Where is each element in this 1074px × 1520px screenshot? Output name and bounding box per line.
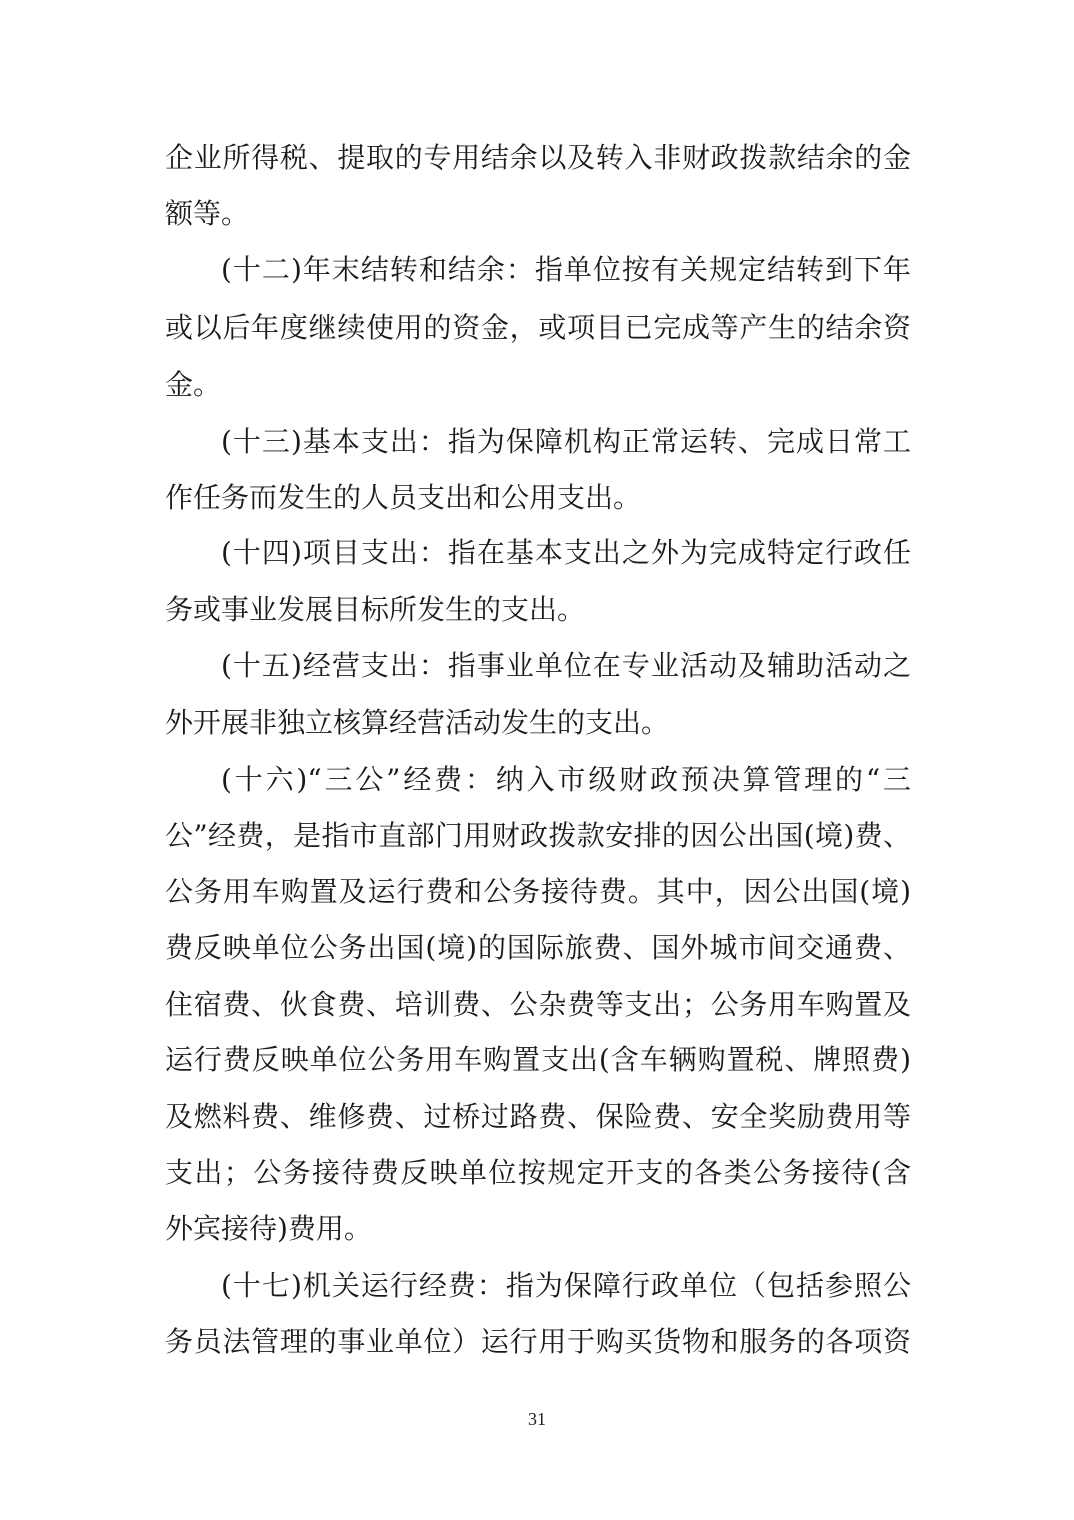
text-line: 金。: [165, 365, 911, 405]
text-line: 住宿费、伙食费、培训费、公杂费等支出；公务用车购置及: [165, 985, 911, 1025]
text-line: (十六)“三公”经费：纳入市级财政预决算管理的“三: [221, 760, 911, 800]
document-page: 企业所得税、提取的专用结余以及转入非财政拨款结余的金额等。(十二)年末结转和结余…: [0, 0, 1074, 1520]
page-number: 31: [0, 1409, 1074, 1430]
text-line: 额等。: [165, 194, 911, 234]
text-line: 外开展非独立核算经营活动发生的支出。: [165, 703, 911, 743]
text-line: (十四)项目支出：指在基本支出之外为完成特定行政任: [221, 533, 911, 573]
text-line: 作任务而发生的人员支出和公用支出。: [165, 478, 911, 518]
text-line: 及燃料费、维修费、过桥过路费、保险费、安全奖励费用等: [165, 1097, 911, 1137]
text-line: 务或事业发展目标所发生的支出。: [165, 590, 911, 630]
text-line: 公务用车购置及运行费和公务接待费。其中，因公出国(境): [165, 872, 911, 912]
text-line: 外宾接待)费用。: [165, 1209, 911, 1249]
text-line: 企业所得税、提取的专用结余以及转入非财政拨款结余的金: [165, 138, 911, 178]
text-line: (十二)年末结转和结余：指单位按有关规定结转到下年: [221, 250, 911, 290]
text-line: 运行费反映单位公务用车购置支出(含车辆购置税、牌照费): [165, 1040, 911, 1080]
text-line: 公”经费，是指市直部门用财政拨款安排的因公出国(境)费、: [165, 816, 911, 856]
text-line: 支出；公务接待费反映单位按规定开支的各类公务接待(含: [165, 1153, 911, 1193]
text-line: 或以后年度继续使用的资金，或项目已完成等产生的结余资: [165, 308, 911, 348]
text-line: 费反映单位公务出国(境)的国际旅费、国外城市间交通费、: [165, 928, 911, 968]
text-line: (十五)经营支出：指事业单位在专业活动及辅助活动之: [221, 646, 911, 686]
text-line: (十七)机关运行经费：指为保障行政单位（包括参照公: [221, 1266, 911, 1306]
text-line: 务员法管理的事业单位）运行用于购买货物和服务的各项资: [165, 1322, 911, 1362]
text-line: (十三)基本支出：指为保障机构正常运转、完成日常工: [221, 422, 911, 462]
